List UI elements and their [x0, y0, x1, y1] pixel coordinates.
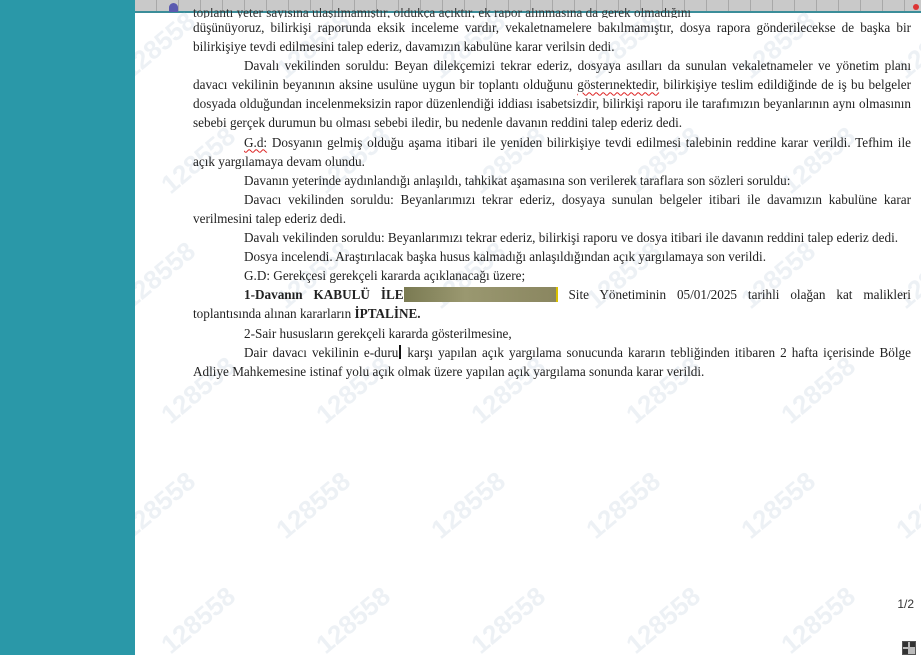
left-background-panel	[0, 0, 135, 655]
watermark-text: 128558	[620, 581, 706, 655]
text-run: 2-Sair hususların gerekçeli kararda göst…	[244, 326, 512, 341]
text-run: Davanın yeterinde aydınlandığı anlaşıldı…	[244, 173, 790, 188]
watermark-text: 128558	[890, 466, 921, 546]
paragraph: 1-Davanın KABULÜ İLE Site Yönetiminin 05…	[193, 285, 911, 323]
right-margin-marker-icon[interactable]	[913, 4, 919, 10]
watermark-text: 128558	[580, 466, 666, 546]
watermark-text: 128558	[310, 581, 396, 655]
watermark-text: 128558	[775, 581, 861, 655]
document-page[interactable]: 1285581285581285581285581285581285581285…	[135, 0, 921, 655]
text-run: İPTALİNE.	[355, 306, 421, 321]
paragraph: Dosya incelendi. Araştırılacak başka hus…	[193, 247, 911, 266]
paragraph: Davalı vekilinden soruldu: Beyan dilekçe…	[193, 56, 911, 132]
watermark-text: 128558	[155, 581, 241, 655]
text-run: Davacı vekilinden soruldu: Beyanlarımızı…	[193, 192, 911, 226]
watermark-text: 128558	[735, 466, 821, 546]
redaction-box	[404, 287, 558, 302]
text-run: gösterınektedir,	[577, 77, 659, 92]
watermark-text: 128558	[135, 236, 202, 316]
watermark-text: 128558	[135, 466, 202, 546]
paragraph: düşünüyoruz, bilirkişi raporunda eksik i…	[193, 18, 911, 56]
paragraph: Davacı vekilinden soruldu: Beyanlarımızı…	[193, 190, 911, 228]
qr-code-icon	[902, 641, 916, 655]
text-run: Dosyanın gelmiş olduğu aşama itibari ile…	[193, 135, 911, 169]
watermark-text: 128558	[465, 581, 551, 655]
paragraph: 2-Sair hususların gerekçeli kararda göst…	[193, 324, 911, 343]
partial-top-line: toplantı yeter sayısına ulaşılmamıştır, …	[193, 8, 911, 18]
text-run: düşünüyoruz, bilirkişi raporunda eksik i…	[193, 20, 911, 54]
paragraph: G.d: Dosyanın gelmiş olduğu aşama itibar…	[193, 133, 911, 171]
text-run: Dosya incelendi. Araştırılacak başka hus…	[244, 249, 766, 264]
watermark-text: 128558	[135, 6, 202, 86]
watermark-text: 128558	[270, 466, 356, 546]
paragraph-list: düşünüyoruz, bilirkişi raporunda eksik i…	[193, 18, 911, 381]
paragraph: G.D: Gerekçesi gerekçeli kararda açıklan…	[193, 266, 911, 285]
text-run: Davalı vekilinden soruldu: Beyanlarımızı…	[244, 230, 898, 245]
watermark-text: 128558	[425, 466, 511, 546]
document-body[interactable]: toplantı yeter sayısına ulaşılmamıştır, …	[193, 8, 911, 381]
paragraph: Davalı vekilinden soruldu: Beyanlarımızı…	[193, 228, 911, 247]
text-run: Dair davacı vekilinin e-duru	[244, 345, 398, 360]
text-run: G.D: Gerekçesi gerekçeli kararda açıklan…	[244, 268, 525, 283]
paragraph: Davanın yeterinde aydınlandığı anlaşıldı…	[193, 171, 911, 190]
paragraph: Dair davacı vekilinin e-duru karşı yapıl…	[193, 343, 911, 381]
page-indicator: 1/2	[897, 597, 914, 611]
text-run: G.d:	[244, 135, 267, 150]
text-run: 1-Davanın KABULÜ İLE	[244, 287, 404, 302]
